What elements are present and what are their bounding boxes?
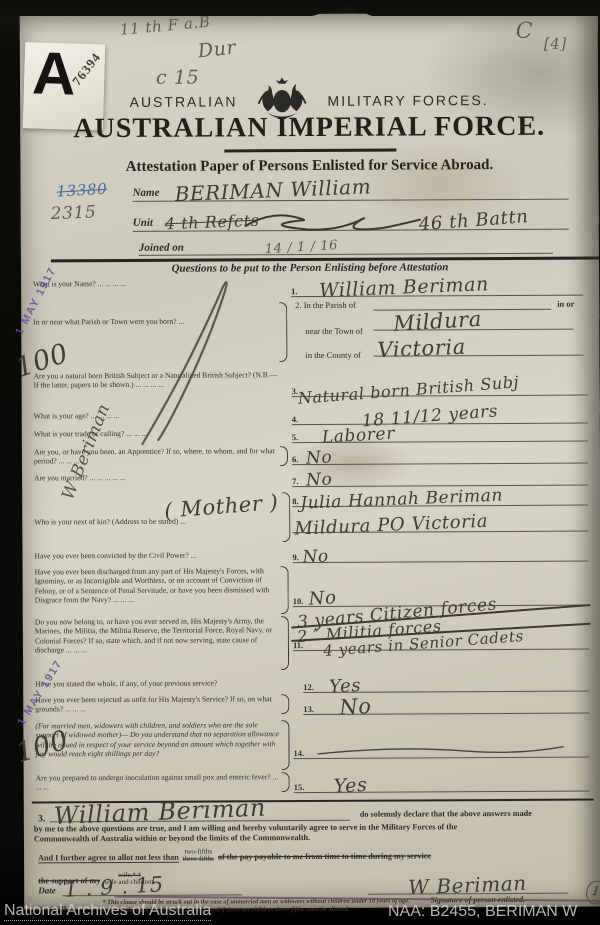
question-row-6: Are you, or have you been, an Apprentice… xyxy=(34,445,590,448)
pencil-annotation-top: 11 th F a.B xyxy=(119,13,211,39)
answer-14-blank-stroke xyxy=(315,743,565,758)
question-11-text: Do you now belong to, or have you ever s… xyxy=(35,616,281,654)
answer-5: Laborer xyxy=(321,424,395,448)
question-14-number: 14. xyxy=(294,748,305,758)
question-7-number: 7. xyxy=(292,476,298,486)
answer-13: No xyxy=(339,694,373,720)
question-row-14: (For married men, widowers with children… xyxy=(35,719,591,774)
question-10-brace xyxy=(281,566,289,614)
header-right-text: MILITARY FORCES. xyxy=(327,92,488,109)
in-or-label: in or xyxy=(557,299,574,309)
scan-top-edge xyxy=(0,0,600,16)
answer-15: Yes xyxy=(333,774,368,798)
unit-scribble-strike xyxy=(243,207,423,236)
name-value: BERIMAN William xyxy=(174,174,372,206)
allotment-lead: And I further agree to allot not less th… xyxy=(38,853,179,864)
question-8-brace xyxy=(282,492,290,542)
question-row-3: Are you a natural born British Subject o… xyxy=(34,369,590,372)
attestation-paper: A 76394 11 th F a.B Dur c 15 C [4] AUSTR… xyxy=(20,12,600,909)
county-value: Victoria xyxy=(377,335,466,363)
question-6-brace xyxy=(280,446,288,466)
question-11-number: 11. xyxy=(293,640,303,650)
joined-line: Joined on 14 / 1 / 16 xyxy=(139,235,553,256)
pencil-annotation-mid: Dur xyxy=(197,36,238,62)
town-value: Mildura xyxy=(393,307,483,336)
question-4-number: 4. xyxy=(292,414,298,424)
top-right-letter: C xyxy=(516,19,534,44)
question-row-7: Are you married? ... ... ... ... ... 7. … xyxy=(34,469,590,472)
question-5-number: 5. xyxy=(292,432,298,442)
service-number: 2315 xyxy=(50,202,96,224)
declaration-line3: Commonwealth of Australia within or beyo… xyxy=(34,833,310,843)
answer-8-line2: Mildura PO Victoria xyxy=(294,511,488,540)
question-14-text: (For married men, widowers with children… xyxy=(35,720,281,758)
question-13-text: Have you ever been rejected as unfit for… xyxy=(35,694,281,714)
name-label: Name xyxy=(133,187,160,199)
joined-label: Joined on xyxy=(139,242,184,254)
question-13-number: 13. xyxy=(303,704,314,714)
question-2-brace xyxy=(279,302,287,362)
name-line: Name BERIMAN William xyxy=(133,177,569,202)
question-12-text: Have you stated the whole, if any, of yo… xyxy=(35,678,295,689)
allotment-struck-tail: of the pay payable to me from time to ti… xyxy=(218,851,431,861)
question-row-11: Do you now belong to, or have you ever s… xyxy=(35,615,591,674)
title-underline xyxy=(224,149,396,153)
declaration-line1: do solemnly declare that the above answe… xyxy=(360,809,532,819)
watermark-bar: National Archives of Australia NAA: B245… xyxy=(0,899,600,925)
question-8-text: Who is your next of kin? (Address to be … xyxy=(34,516,280,527)
answer-10: No xyxy=(308,587,337,610)
watermark-left-text: National Archives of Australia xyxy=(4,902,211,921)
questions-heading: Questions to be put to the Person Enlist… xyxy=(21,260,599,275)
unit-label: Unit xyxy=(133,217,153,229)
question-11-brace xyxy=(281,616,289,670)
question-15-brace xyxy=(282,772,290,792)
question-15-number: 15. xyxy=(294,782,305,792)
question-row-8: Who is your next of kin? (Address to be … xyxy=(34,487,590,546)
question-13-brace xyxy=(281,694,289,714)
allotment-fraction: two-fifths three-fifths xyxy=(183,848,214,863)
answer-6: No xyxy=(305,447,332,468)
parish-label: 2. In the Parish of xyxy=(295,300,356,310)
form-subtitle: Attestation Paper of Persons Enlisted fo… xyxy=(20,156,598,176)
county-label: in the County of xyxy=(305,350,361,360)
watermark-right-text: NAA: B2455, BERIMAN W xyxy=(388,903,577,921)
joined-value: 14 / 1 / 16 xyxy=(265,238,339,257)
scanned-attestation-document: { "page": { "watermark_left": "National … xyxy=(0,0,600,925)
diagonal-pen-stroke xyxy=(131,274,262,455)
question-10-text: Have you ever been discharged from any p… xyxy=(35,566,281,604)
form-title: AUSTRALIAN IMPERIAL FORCE. xyxy=(20,110,598,145)
question-row-2: In or near what Parish or Town were you … xyxy=(33,299,589,368)
declaration-number: 3. xyxy=(38,813,46,824)
answer-9: No xyxy=(302,546,329,567)
declaration-line2: by me to the above questions are true, a… xyxy=(34,822,457,833)
question-15-text: Are you prepared to undergo inoculation … xyxy=(36,772,282,792)
unit-line: Unit 4 th Refcts 46 th Battn xyxy=(133,205,569,232)
answer-1: William Beriman xyxy=(319,273,490,302)
question-9-text: Have you ever been convicted by the Civi… xyxy=(34,550,280,561)
answer-8-line1: Julia Hannah Beriman xyxy=(300,485,503,513)
question-14-brace xyxy=(281,720,289,770)
question-8-number: 8. xyxy=(292,496,298,506)
unit-value: 46 th Battn xyxy=(418,206,529,235)
top-right-number: [4] xyxy=(544,35,567,53)
question-9-number: 9. xyxy=(292,552,298,562)
question-10-number: 10. xyxy=(293,596,304,606)
question-6-number: 6. xyxy=(292,454,298,464)
declaration-section: 3. William Beriman do solemnly declare t… xyxy=(34,803,594,806)
question-row-13: Have you ever been rejected as unfit for… xyxy=(35,693,591,718)
date-label: Date xyxy=(38,885,56,895)
fraction-bottom: three-fifths xyxy=(183,856,214,864)
question-12-number: 12. xyxy=(303,682,314,692)
town-label: near the Town of xyxy=(305,326,363,336)
old-service-number: 13380 xyxy=(56,180,108,201)
question-1-number: 1. xyxy=(291,286,297,296)
header-left-text: AUSTRALIAN xyxy=(130,93,238,110)
